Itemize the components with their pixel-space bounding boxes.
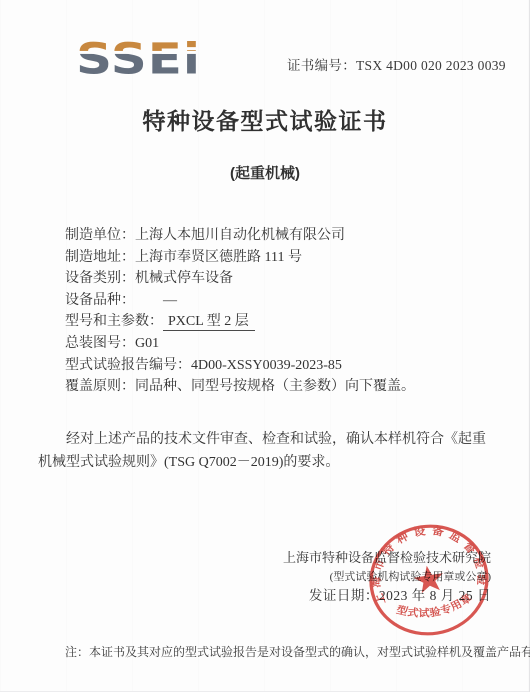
field-value: 同品种、同型号按规格（主参数）向下覆盖。 [135, 379, 415, 394]
field-coverage-principle: 覆盖原则：同品种、同型号按规格（主参数）向下覆盖。 [65, 376, 415, 398]
field-label: 总装图号： [65, 336, 135, 351]
ssei-logo: SSEi [76, 38, 201, 86]
field-label: 设备类别： [65, 271, 135, 286]
field-test-report-no: 型式试验报告编号：4D00-XSSY0039-2023-85 [65, 355, 415, 377]
field-value: — [135, 293, 177, 308]
issuer-organization: 上海市特种设备监督检验技术研究院 [283, 548, 491, 568]
field-label: 型号和主参数： [65, 314, 163, 329]
certificate-number: 证书编号：TSX 4D00 020 2023 0039 [287, 54, 506, 74]
ssei-logo-text: SSEi [76, 38, 201, 79]
seal-instruction: (型式试验机构试验专用章或公章) [283, 568, 491, 586]
field-equipment-variety: 设备品种：— [65, 290, 415, 312]
certificate-page: SSEi 证书编号：TSX 4D00 020 2023 0039 特种设备型式试… [0, 0, 530, 692]
field-value: 4D00-XSSY0039-2023-85 [191, 358, 342, 373]
field-value: 上海市奉贤区德胜路 111 号 [135, 250, 302, 265]
issuer-block: 上海市特种设备监督检验技术研究院 (型式试验机构试验专用章或公章) 发证日期：2… [283, 548, 491, 606]
issue-date-label: 发证日期： [309, 588, 379, 603]
issue-date-value: 2023 年 8 月 25 日 [379, 588, 491, 603]
field-label: 设备品种： [65, 293, 135, 308]
field-value: 上海人本旭川自动化机械有限公司 [135, 228, 345, 243]
field-manufacturer: 制造单位：上海人本旭川自动化机械有限公司 [65, 225, 415, 247]
certificate-title: 特种设备型式试验证书 [0, 103, 530, 136]
footnote-label: 注： [65, 645, 89, 659]
field-model-parameters: 型号和主参数：PXCL 型 2 层 [65, 311, 415, 333]
field-label: 覆盖原则： [65, 379, 135, 394]
field-value: G01 [135, 336, 159, 351]
conformity-statement: 经对上述产品的技术文件审查、检查和试验，确认本样机符合《起重机械型式试验规则》(… [38, 429, 492, 474]
field-value: PXCL 型 2 层 [163, 314, 255, 331]
fields-block: 制造单位：上海人本旭川自动化机械有限公司 制造地址：上海市奉贤区德胜路 111 … [65, 225, 415, 398]
field-equipment-category: 设备类别：机械式停车设备 [65, 268, 415, 290]
field-label: 型式试验报告编号： [65, 358, 191, 373]
footnote: 注：本证书及其对应的型式试验报告是对设备型式的确认，对型式试验样机及覆盖产品有效… [65, 643, 530, 660]
certificate-subtitle: (起重机械) [0, 162, 530, 183]
certificate-number-value: TSX 4D00 020 2023 0039 [356, 58, 506, 73]
field-address: 制造地址：上海市奉贤区德胜路 111 号 [65, 247, 415, 269]
issue-date-line: 发证日期：2023 年 8 月 25 日 [283, 586, 491, 606]
certificate-number-label: 证书编号： [287, 58, 356, 73]
field-label: 制造单位： [65, 228, 135, 243]
field-value: 机械式停车设备 [135, 271, 233, 286]
field-assembly-drawing-no: 总装图号：G01 [65, 333, 415, 355]
footnote-text: 本证书及其对应的型式试验报告是对设备型式的确认，对型式试验样机及覆盖产品有效。 [89, 645, 530, 659]
field-label: 制造地址： [65, 250, 135, 265]
